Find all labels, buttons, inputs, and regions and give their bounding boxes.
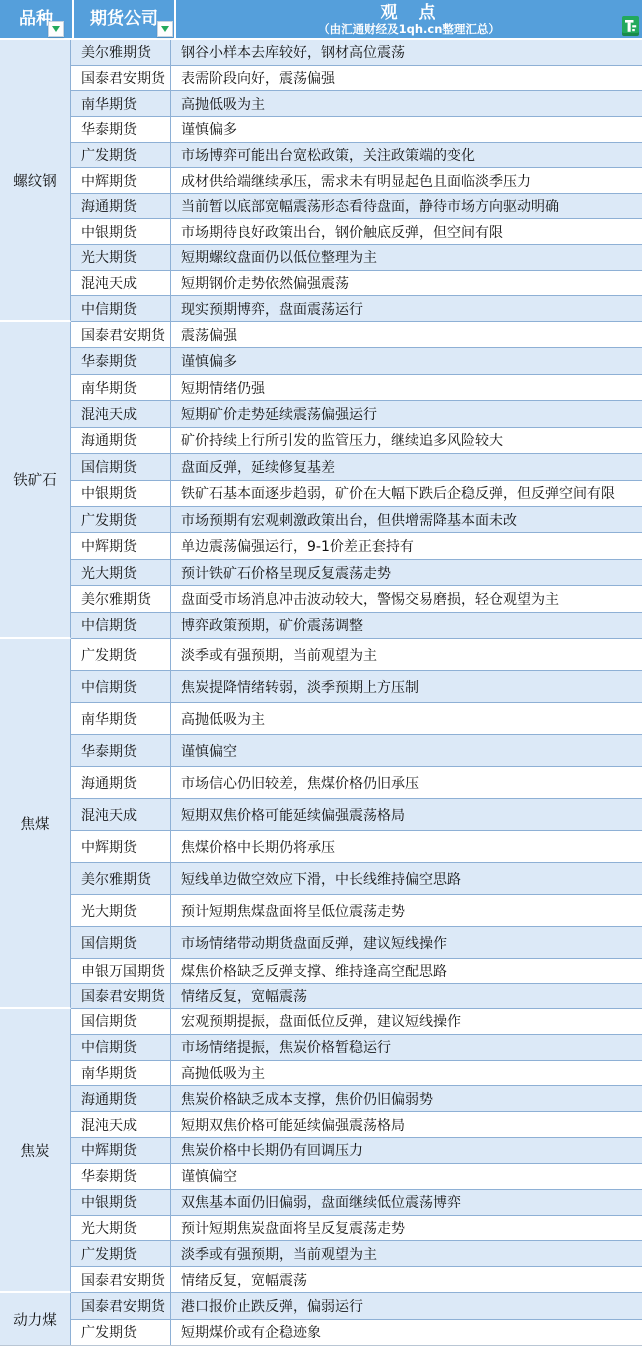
table-row: 光大期货预计短期焦炭盘面将呈反复震荡走势 <box>71 1216 642 1242</box>
table-row: 中信期货现实预期博弈，盘面震荡运行 <box>71 296 642 322</box>
table-row: 国信期货盘面反弹，延续修复基差 <box>71 454 642 480</box>
table-row: 华泰期货谨慎偏多 <box>71 117 642 143</box>
opinion-cell: 短期双焦价格可能延续偏强震荡格局 <box>171 799 642 830</box>
company-cell: 中辉期货 <box>71 831 171 862</box>
opinion-cell: 短期煤价或有企稳迹象 <box>171 1320 642 1346</box>
company-cell: 光大期货 <box>71 1216 171 1241</box>
opinion-cell: 焦炭价格缺乏成本支撑，焦价仍旧偏弱势 <box>171 1086 642 1111</box>
opinion-cell: 现实预期博弈，盘面震荡运行 <box>171 296 642 321</box>
company-cell: 中信期货 <box>71 296 171 321</box>
opinion-cell: 钢谷小样本去库较好，钢材高位震荡 <box>171 40 642 65</box>
opinion-cell: 港口报价止跌反弹，偏弱运行 <box>171 1293 642 1319</box>
table-row: 国信期货市场情绪带动期货盘面反弹，建议短线操作 <box>71 927 642 959</box>
commodity-section: 铁矿石国泰君安期货震荡偏强华泰期货谨慎偏多南华期货短期情绪仍强混沌天成短期矿价走… <box>0 322 642 639</box>
table-row: 申银万国期货煤焦价格缺乏反弹支撑、维持逢高空配思路 <box>71 959 642 984</box>
company-cell: 南华期货 <box>71 91 171 116</box>
company-cell: 海通期货 <box>71 1086 171 1111</box>
commodity-section: 动力煤国泰君安期货港口报价止跌反弹，偏弱运行广发期货短期煤价或有企稳迹象 <box>0 1293 642 1346</box>
table-row: 广发期货市场博弈可能出台宽松政策，关注政策端的变化 <box>71 143 642 169</box>
opinion-cell: 高抛低吸为主 <box>171 91 642 116</box>
table-row: 光大期货短期螺纹盘面仍以低位整理为主 <box>71 245 642 271</box>
header-opinion-subtitle: （由汇通财经及1qh.cn整理汇总） <box>318 22 500 36</box>
table-row: 中辉期货成材供给端继续承压，需求未有明显起色且面临淡季压力 <box>71 168 642 194</box>
table-row: 混沌天成短期钢价走势依然偏强震荡 <box>71 271 642 297</box>
table-row: 国信期货宏观预期提振，盘面低位反弹，建议短线操作 <box>71 1009 642 1035</box>
variety-label: 螺纹钢 <box>0 40 71 322</box>
table-row: 华泰期货谨慎偏多 <box>71 348 642 374</box>
opinion-cell: 焦炭提降情绪转弱，淡季预期上方压制 <box>171 671 642 702</box>
opinion-cell: 成材供给端继续承压，需求未有明显起色且面临淡季压力 <box>171 168 642 193</box>
company-cell: 南华期货 <box>71 375 171 400</box>
table-row: 海通期货当前暂以底部宽幅震荡形态看待盘面，静待市场方向驱动明确 <box>71 194 642 220</box>
opinion-cell: 宏观预期提振，盘面低位反弹，建议短线操作 <box>171 1009 642 1034</box>
filter-dropdown-icon <box>161 26 169 32</box>
company-cell: 国信期货 <box>71 927 171 958</box>
table-row: 中信期货市场情绪提振，焦炭价格暂稳运行 <box>71 1035 642 1061</box>
futures-opinions-table: 品种 期货公司 观 点 （由汇通财经及1qh.cn整理汇总） 螺纹钢美尔雅期货钢… <box>0 0 642 1346</box>
table-row: 广发期货淡季或有强预期，当前观望为主 <box>71 1241 642 1267</box>
company-cell: 光大期货 <box>71 560 171 585</box>
opinion-cell: 谨慎偏多 <box>171 117 642 142</box>
company-cell: 华泰期货 <box>71 1164 171 1189</box>
section-rows: 国泰君安期货震荡偏强华泰期货谨慎偏多南华期货短期情绪仍强混沌天成短期矿价走势延续… <box>71 322 642 639</box>
table-row: 中银期货市场期待良好政策出台，钢价触底反弹，但空间有限 <box>71 219 642 245</box>
table-row: 南华期货高抛低吸为主 <box>71 703 642 735</box>
company-filter-button[interactable] <box>157 21 173 37</box>
commodity-section: 螺纹钢美尔雅期货钢谷小样本去库较好，钢材高位震荡国泰君安期货表需阶段向好，震荡偏… <box>0 40 642 322</box>
table-row: 南华期货高抛低吸为主 <box>71 1061 642 1087</box>
company-cell: 广发期货 <box>71 1241 171 1266</box>
company-cell: 中信期货 <box>71 671 171 702</box>
table-row: 国泰君安期货情绪反复，宽幅震荡 <box>71 1267 642 1293</box>
variety-label: 铁矿石 <box>0 322 71 639</box>
company-cell: 混沌天成 <box>71 401 171 426</box>
variety-filter-button[interactable] <box>48 21 64 37</box>
company-cell: 光大期货 <box>71 245 171 270</box>
table-row: 混沌天成短期双焦价格可能延续偏强震荡格局 <box>71 799 642 831</box>
company-cell: 广发期货 <box>71 1320 171 1346</box>
table-header: 品种 期货公司 观 点 （由汇通财经及1qh.cn整理汇总） <box>0 0 642 40</box>
table-row: 美尔雅期货钢谷小样本去库较好，钢材高位震荡 <box>71 40 642 66</box>
table-row: 海通期货焦炭价格缺乏成本支撑，焦价仍旧偏弱势 <box>71 1086 642 1112</box>
opinion-cell: 情绪反复，宽幅震荡 <box>171 984 642 1008</box>
opinion-cell: 当前暂以底部宽幅震荡形态看待盘面，静待市场方向驱动明确 <box>171 194 642 219</box>
section-rows: 广发期货淡季或有强预期，当前观望为主中信期货焦炭提降情绪转弱，淡季预期上方压制南… <box>71 639 642 1009</box>
company-cell: 光大期货 <box>71 895 171 926</box>
company-cell: 混沌天成 <box>71 799 171 830</box>
table-row: 国泰君安期货港口报价止跌反弹，偏弱运行 <box>71 1293 642 1320</box>
commodity-section: 焦炭国信期货宏观预期提振，盘面低位反弹，建议短线操作中信期货市场情绪提振，焦炭价… <box>0 1009 642 1293</box>
table-row: 广发期货市场预期有宏观刺激政策出台，但供增需降基本面未改 <box>71 507 642 533</box>
variety-label: 动力煤 <box>0 1293 71 1346</box>
opinion-cell: 市场博弈可能出台宽松政策，关注政策端的变化 <box>171 143 642 168</box>
company-cell: 海通期货 <box>71 194 171 219</box>
table-row: 中信期货博弈政策预期，矿价震荡调整 <box>71 613 642 639</box>
company-cell: 中银期货 <box>71 481 171 506</box>
table-row: 混沌天成短期双焦价格可能延续偏强震荡格局 <box>71 1112 642 1138</box>
company-cell: 广发期货 <box>71 639 171 670</box>
opinion-cell: 短期钢价走势依然偏强震荡 <box>171 271 642 296</box>
commodity-section: 焦煤广发期货淡季或有强预期，当前观望为主中信期货焦炭提降情绪转弱，淡季预期上方压… <box>0 639 642 1009</box>
company-cell: 国泰君安期货 <box>71 984 171 1008</box>
opinion-cell: 博弈政策预期，矿价震荡调整 <box>171 613 642 638</box>
table-row: 美尔雅期货短线单边做空效应下滑，中长线维持偏空思路 <box>71 863 642 895</box>
opinion-cell: 短期双焦价格可能延续偏强震荡格局 <box>171 1112 642 1137</box>
opinion-cell: 市场信心仍旧较差，焦煤价格仍旧承压 <box>171 767 642 798</box>
company-cell: 国泰君安期货 <box>71 322 171 347</box>
funnel-badge-icon <box>622 16 639 36</box>
opinion-cell: 淡季或有强预期，当前观望为主 <box>171 639 642 670</box>
company-cell: 海通期货 <box>71 767 171 798</box>
opinion-cell: 煤焦价格缺乏反弹支撑、维持逢高空配思路 <box>171 959 642 983</box>
opinion-cell: 市场预期有宏观刺激政策出台，但供增需降基本面未改 <box>171 507 642 532</box>
table-row: 中辉期货焦炭价格中长期仍有回调压力 <box>71 1138 642 1164</box>
opinion-cell: 高抛低吸为主 <box>171 703 642 734</box>
opinion-cell: 预计铁矿石价格呈现反复震荡走势 <box>171 560 642 585</box>
table-row: 海通期货市场信心仍旧较差，焦煤价格仍旧承压 <box>71 767 642 799</box>
opinion-cell: 谨慎偏空 <box>171 1164 642 1189</box>
company-cell: 国信期货 <box>71 454 171 479</box>
variety-label: 焦炭 <box>0 1009 71 1293</box>
table-row: 混沌天成短期矿价走势延续震荡偏强运行 <box>71 401 642 427</box>
opinion-cell: 双焦基本面仍旧偏弱，盘面继续低位震荡博弈 <box>171 1190 642 1215</box>
table-row: 海通期货矿价持续上行所引发的监管压力，继续追多风险较大 <box>71 428 642 454</box>
table-row: 中信期货焦炭提降情绪转弱，淡季预期上方压制 <box>71 671 642 703</box>
company-cell: 混沌天成 <box>71 1112 171 1137</box>
company-cell: 海通期货 <box>71 428 171 453</box>
opinion-cell: 淡季或有强预期，当前观望为主 <box>171 1241 642 1266</box>
table-row: 光大期货预计短期焦煤盘面将呈低位震荡走势 <box>71 895 642 927</box>
company-cell: 华泰期货 <box>71 117 171 142</box>
opinion-cell: 市场情绪提振，焦炭价格暂稳运行 <box>171 1035 642 1060</box>
section-rows: 美尔雅期货钢谷小样本去库较好，钢材高位震荡国泰君安期货表需阶段向好，震荡偏强南华… <box>71 40 642 322</box>
table-row: 光大期货预计铁矿石价格呈现反复震荡走势 <box>71 560 642 586</box>
opinion-cell: 谨慎偏空 <box>171 735 642 766</box>
company-cell: 华泰期货 <box>71 348 171 373</box>
company-cell: 南华期货 <box>71 1061 171 1086</box>
table-row: 中银期货双焦基本面仍旧偏弱，盘面继续低位震荡博弈 <box>71 1190 642 1216</box>
opinion-cell: 短期螺纹盘面仍以低位整理为主 <box>171 245 642 270</box>
table-row: 国泰君安期货情绪反复，宽幅震荡 <box>71 984 642 1009</box>
company-cell: 中信期货 <box>71 613 171 638</box>
opinion-cell: 单边震荡偏强运行，9-1价差正套持有 <box>171 533 642 558</box>
company-cell: 南华期货 <box>71 703 171 734</box>
opinion-cell: 高抛低吸为主 <box>171 1061 642 1086</box>
company-cell: 美尔雅期货 <box>71 586 171 611</box>
company-cell: 国泰君安期货 <box>71 66 171 91</box>
company-cell: 国信期货 <box>71 1009 171 1034</box>
table-row: 中辉期货焦煤价格中长期仍将承压 <box>71 831 642 863</box>
company-cell: 美尔雅期货 <box>71 863 171 894</box>
opinion-cell: 谨慎偏多 <box>171 348 642 373</box>
filter-dropdown-icon <box>52 26 60 32</box>
opinion-cell: 市场期待良好政策出台，钢价触底反弹，但空间有限 <box>171 219 642 244</box>
header-opinion: 观 点 （由汇通财经及1qh.cn整理汇总） <box>176 0 642 39</box>
company-cell: 华泰期货 <box>71 735 171 766</box>
opinion-cell: 表需阶段向好，震荡偏强 <box>171 66 642 91</box>
table-row: 美尔雅期货盘面受市场消息冲击波动较大，警惕交易磨损，轻仓观望为主 <box>71 586 642 612</box>
section-rows: 国信期货宏观预期提振，盘面低位反弹，建议短线操作中信期货市场情绪提振，焦炭价格暂… <box>71 1009 642 1293</box>
opinion-cell: 铁矿石基本面逐步趋弱，矿价在大幅下跌后企稳反弹，但反弹空间有限 <box>171 481 642 506</box>
opinion-cell: 盘面反弹，延续修复基差 <box>171 454 642 479</box>
opinion-cell: 短期矿价走势延续震荡偏强运行 <box>171 401 642 426</box>
section-rows: 国泰君安期货港口报价止跌反弹，偏弱运行广发期货短期煤价或有企稳迹象 <box>71 1293 642 1346</box>
variety-label: 焦煤 <box>0 639 71 1009</box>
table-row: 南华期货高抛低吸为主 <box>71 91 642 117</box>
opinion-cell: 震荡偏强 <box>171 322 642 347</box>
table-row: 国泰君安期货震荡偏强 <box>71 322 642 348</box>
opinion-cell: 短线单边做空效应下滑，中长线维持偏空思路 <box>171 863 642 894</box>
opinion-cell: 短期情绪仍强 <box>171 375 642 400</box>
opinion-cell: 焦煤价格中长期仍将承压 <box>171 831 642 862</box>
company-cell: 广发期货 <box>71 507 171 532</box>
table-row: 华泰期货谨慎偏空 <box>71 735 642 767</box>
company-cell: 国泰君安期货 <box>71 1267 171 1292</box>
opinion-cell: 情绪反复，宽幅震荡 <box>171 1267 642 1292</box>
opinion-cell: 盘面受市场消息冲击波动较大，警惕交易磨损，轻仓观望为主 <box>171 586 642 611</box>
company-cell: 国泰君安期货 <box>71 1293 171 1319</box>
company-cell: 中辉期货 <box>71 533 171 558</box>
company-cell: 中银期货 <box>71 219 171 244</box>
company-cell: 美尔雅期货 <box>71 40 171 65</box>
opinion-cell: 焦炭价格中长期仍有回调压力 <box>171 1138 642 1163</box>
header-opinion-title: 观 点 <box>381 4 438 22</box>
table-row: 广发期货淡季或有强预期，当前观望为主 <box>71 639 642 671</box>
table-row: 国泰君安期货表需阶段向好，震荡偏强 <box>71 66 642 92</box>
table-row: 中银期货铁矿石基本面逐步趋弱，矿价在大幅下跌后企稳反弹，但反弹空间有限 <box>71 481 642 507</box>
table-row: 广发期货短期煤价或有企稳迹象 <box>71 1320 642 1346</box>
company-cell: 中辉期货 <box>71 168 171 193</box>
opinion-cell: 市场情绪带动期货盘面反弹，建议短线操作 <box>171 927 642 958</box>
company-cell: 中信期货 <box>71 1035 171 1060</box>
company-cell: 广发期货 <box>71 143 171 168</box>
table-row: 中辉期货单边震荡偏强运行，9-1价差正套持有 <box>71 533 642 559</box>
opinion-cell: 预计短期焦炭盘面将呈反复震荡走势 <box>171 1216 642 1241</box>
opinion-cell: 预计短期焦煤盘面将呈低位震荡走势 <box>171 895 642 926</box>
table-row: 南华期货短期情绪仍强 <box>71 375 642 401</box>
company-cell: 申银万国期货 <box>71 959 171 983</box>
company-cell: 中辉期货 <box>71 1138 171 1163</box>
company-cell: 中银期货 <box>71 1190 171 1215</box>
table-row: 华泰期货谨慎偏空 <box>71 1164 642 1190</box>
company-cell: 混沌天成 <box>71 271 171 296</box>
opinion-cell: 矿价持续上行所引发的监管压力，继续追多风险较大 <box>171 428 642 453</box>
table-body: 螺纹钢美尔雅期货钢谷小样本去库较好，钢材高位震荡国泰君安期货表需阶段向好，震荡偏… <box>0 40 642 1346</box>
